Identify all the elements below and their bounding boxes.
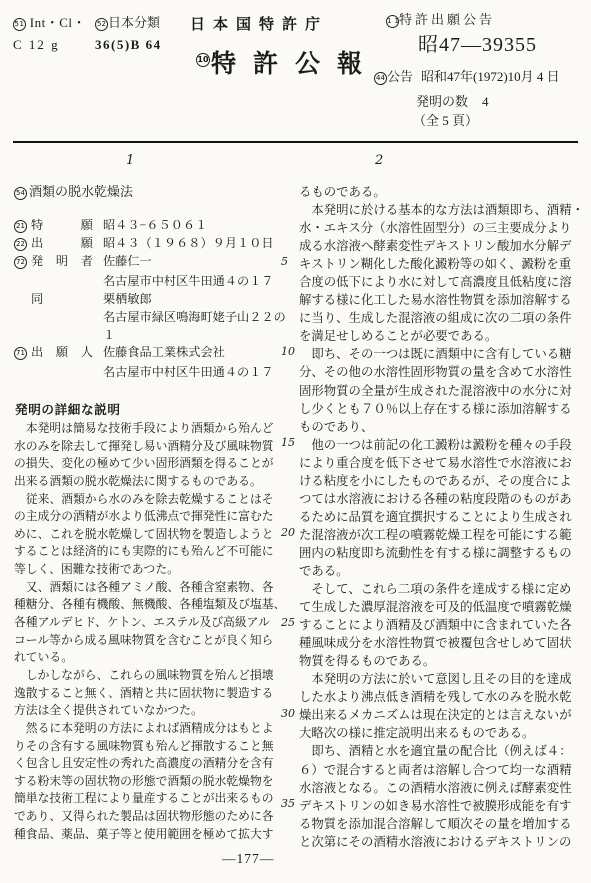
text-line: 成る水溶液へ酵素変性デキストリン酸加水分解デ [299, 237, 587, 255]
text-line: る物質を添加混合溶解して順次その量を増加する [299, 815, 587, 833]
biblio-row: 21 特願 昭４３−６５０６１ [14, 216, 286, 234]
line-number: 15 [281, 436, 295, 449]
text-line: めに、これを脱水乾燥して固状物を製造しようと [14, 526, 286, 544]
invention-title-text: 酒類の脱水乾燥法 [29, 184, 133, 199]
text-line: 燥出来るメカニズムは現在決定的とは言えないが [299, 706, 587, 724]
text-line: 出来る酒類の脱水乾燥法に関するものである。 [14, 473, 286, 491]
invention-title-line: 54酒類の脱水乾燥法 [14, 181, 133, 200]
biblio-value: 佐藤食品工業株式会社 [103, 343, 225, 360]
biblio-code-cell: 22 [14, 236, 31, 251]
detailed-description-heading: 発明の詳細な説明 [15, 399, 121, 418]
biblio-value: 名古屋市中村区牛田通４の１７ [103, 272, 274, 289]
text-line: 又、酒類には各種アミノ酸、各種含窒素物、各 [14, 579, 286, 597]
invention-count-value: 4 [482, 94, 489, 109]
right-column-body: るものである。 本発明に於ける基本的な方法は酒類即ち、酒精・水・エキス分（水溶性… [299, 183, 587, 851]
text-line: を満足せしめることが必要である。 [299, 327, 587, 345]
biblio-row: 名古屋市緑区鳴海町姥子山２２の [14, 307, 286, 325]
line-number-gutter: 5101520253035 [281, 183, 299, 843]
text-line: 種食品、薬品、菓子等と使用範囲を極めて拡大す [14, 826, 286, 844]
text-line: することにより酒精及び酒類中に含まれていた各 [299, 616, 587, 634]
text-line: することは経済的にも実際的にも殆んど不可能に [14, 543, 286, 561]
line-number: 25 [281, 616, 295, 629]
text-line: 簡単な技術工程により量産することが出来るもの [14, 790, 286, 808]
text-line: 水溶液となる。この酒精水溶液に例えば酵素変性 [299, 779, 587, 797]
text-line: の損失、変化の極めて少い固形酒類を得ることが [14, 455, 286, 473]
text-line: 囲内の粘度即ち流動性を有する様に調整するもの [299, 544, 587, 562]
text-line: 他の一つは前記の化工澱粉は澱粉を種々の手段 [299, 436, 587, 454]
text-line: 水・エキス分（水溶性固型分）の三主要成分より [299, 219, 587, 237]
biblio-label: 発明者 [31, 252, 93, 269]
column-number-right: 2 [375, 153, 383, 168]
text-line: である。 [299, 562, 587, 580]
biblio-label: 出願 [31, 234, 93, 251]
biblio-row: 名古屋市中村区牛田通４の１７ [14, 271, 286, 289]
biblio-code-cell: 21 [14, 218, 31, 233]
text-line: 大略次の様に推定説明出来るものである。 [299, 724, 587, 742]
inid-code: 21 [14, 220, 27, 233]
text-line: 合度の低下により水に対して高濃度且低粘度に溶 [299, 273, 587, 291]
publication-date-line: 44公告昭和47年(1972)10月 4 日 [374, 66, 560, 85]
inid-54-code: 54 [14, 187, 27, 200]
text-line: つては水溶液における各種の粘度段階のものがあ [299, 490, 587, 508]
line-number: 20 [281, 526, 295, 539]
inid-44-code: 44 [374, 72, 387, 85]
biblio-row: 同 栗栖敏郎 [14, 289, 286, 307]
text-line: する粉末等の固状物の形態で酒類の脱水乾燥物を [14, 773, 286, 791]
biblio-label: 出願人 [31, 343, 93, 360]
text-line: た混溶液が次工程の噴霧乾燥工程を可能にする範 [299, 526, 587, 544]
bibliographic-block: 21 特願 昭４３−６５０６１ 22 出願 昭４３（１９６８）９月１０日 72 … [14, 216, 286, 380]
publication-label: 公告 [387, 69, 413, 84]
text-line: れている。 [14, 649, 286, 667]
jp-class-value: 36(5)B 64 [95, 37, 162, 53]
jp-class-block: 52日本分類 36(5)B 64 [95, 12, 162, 53]
text-line: 種風味成分を水溶性物質で被覆包含せしめて固状 [299, 634, 587, 652]
inid-11-code: 11 [386, 15, 399, 28]
text-line: て生成した濃厚混溶液を可及的低温度で噴霧乾燥 [299, 598, 587, 616]
biblio-code-cell: 72 [14, 254, 31, 269]
invention-count-label: 発明の数 [416, 94, 468, 109]
text-line: 逸散すること無く、酒精と共に固状物に製造する [14, 685, 286, 703]
text-line: ける粘度を小にしたものであるが、その度合によ [299, 472, 587, 490]
text-line: の主成分の酒精が水より低沸点で揮発性に富むた [14, 508, 286, 526]
text-line: 物質を得るものである。 [299, 652, 587, 670]
text-line: コール等から成る風味物質を含むことが良く知ら [14, 632, 286, 650]
biblio-code-cell [14, 325, 31, 343]
column-number-left: 1 [126, 153, 134, 168]
biblio-code-cell [14, 289, 31, 307]
text-line: 従来、酒類から水のみを除去乾燥することはそ [14, 491, 286, 509]
header-divider-rule [13, 141, 578, 143]
text-line: 然るに本発明の方法によれば酒精成分はもとよ [14, 720, 286, 738]
text-line: 即ち、酒精と水を適宜量の配合比（例えば４： [299, 742, 587, 760]
text-line: く包含し且安定性の秀れた高濃度の酒精分を含有 [14, 755, 286, 773]
biblio-value: 栗栖敏郎 [103, 290, 152, 307]
gazette-title-text: 特許公報 [211, 51, 379, 78]
text-line: により重合度を低下させて易水溶性で水溶液にお [299, 454, 587, 472]
text-line: し少くとも７０％以上存在する様に添加溶解する [299, 400, 587, 418]
biblio-code-cell [14, 271, 31, 289]
text-line: るものである。 [299, 183, 587, 201]
jp-class-label: 日本分類 [108, 15, 160, 30]
line-number: 30 [281, 707, 295, 720]
biblio-value: 佐藤仁一 [103, 252, 152, 269]
jp-class-label-line: 52日本分類 [95, 12, 162, 31]
int-cl-label-line: 51 Int・Cl・ [13, 12, 86, 31]
text-line: しかしながら、これらの風味物質を殆んど損壊 [14, 667, 286, 685]
biblio-row: 名古屋市中村区牛田通４の１７ [14, 362, 286, 380]
biblio-value: 名古屋市中村区牛田通４の１７ [103, 363, 274, 380]
invention-count-line: 発明の数4 [416, 91, 489, 110]
int-cl-label: Int・Cl・ [30, 15, 86, 30]
biblio-row: 71 出願人 佐藤食品工業株式会社 [14, 343, 286, 361]
inid-code: 22 [14, 238, 27, 251]
text-line: りその含有する風味物質も殆んど揮散すること無 [14, 738, 286, 756]
biblio-label: 特願 [31, 216, 93, 233]
kokoku-label-line: 11特許出願公告 [386, 9, 495, 28]
biblio-code-cell: 71 [14, 345, 31, 360]
text-line: キストリン糊化した酸化澱粉等の如く、澱粉を重 [299, 255, 587, 273]
int-cl-block: 51 Int・Cl・ C 12 g [13, 12, 86, 53]
biblio-value: １ [103, 326, 115, 343]
text-line: 本発明に於ける基本的な方法は酒類即ち、酒精・ [299, 201, 587, 219]
inid-10-code: 10 [196, 53, 210, 67]
text-line: 本発明は簡易な技術手段により酒類から殆んど [14, 420, 286, 438]
text-line: 種糖分、各種有機酸、無機酸、各種塩類及び塩基、 [14, 596, 286, 614]
total-pages: （全 5 頁） [413, 110, 478, 129]
text-line: 等しく、困難な技術であつた。 [14, 561, 286, 579]
text-line: ものであり、 [299, 418, 587, 436]
left-column-body: 本発明は簡易な技術手段により酒類から殆んど水のみを除去して揮発し易い酒精分及び風… [14, 420, 286, 843]
inid-code: 71 [14, 347, 27, 360]
gazette-title: 10特許公報 [196, 44, 379, 80]
kokoku-label: 特許出願公告 [399, 12, 495, 27]
text-line: ６）で混合すると両者は溶解し合つて均一な酒精 [299, 761, 587, 779]
line-number: 5 [281, 255, 288, 268]
biblio-value: 昭４３−６５０６１ [103, 216, 207, 233]
text-line: 固形物質の全量が生成された混溶液中の水分に対 [299, 382, 587, 400]
text-line: 各種アルデヒド、ケトン、エステル及び高級アル [14, 614, 286, 632]
biblio-code-cell [14, 307, 31, 325]
text-line: るために品質を適宜撰択することにより生成され [299, 508, 587, 526]
publication-date: 昭和47年(1972)10月 4 日 [421, 69, 560, 84]
inid-52-code: 52 [95, 18, 108, 31]
inid-51-code: 51 [13, 18, 26, 31]
text-line: と次第にその酒精水溶液におけるデキストリンの [299, 833, 587, 851]
int-cl-value: C 12 g [13, 37, 86, 53]
biblio-row: 22 出願 昭４３（１９６８）９月１０日 [14, 234, 286, 252]
text-line: 水のみを除去して揮発し易い酒精分及び風味物質 [14, 438, 286, 456]
biblio-label: 同 [31, 290, 93, 307]
text-line: 解する様に化工した易水溶性物質を添加溶解する [299, 291, 587, 309]
biblio-value: 昭４３（１９６８）９月１０日 [103, 234, 274, 251]
biblio-code-cell [14, 362, 31, 380]
page-number: —177— [222, 851, 274, 867]
inid-code: 72 [14, 256, 27, 269]
text-line: 本発明の方法に於いて意図し且その目的を達成 [299, 670, 587, 688]
text-line: 分、その他の水溶性固形物質の量を含めて水溶性 [299, 363, 587, 381]
text-line: であり、又得られた製品は固状物形態のために各 [14, 808, 286, 826]
line-number: 10 [281, 345, 295, 358]
text-line: 方法は全く提供されていなかつた。 [14, 702, 286, 720]
text-line: した水より沸点低き酒精を残して水のみを脱水乾 [299, 688, 587, 706]
biblio-row: １ [14, 325, 286, 343]
patent-office-name: 日本国特許庁 [190, 13, 328, 34]
line-number: 35 [281, 797, 295, 810]
biblio-value: 名古屋市緑区鳴海町姥子山２２の [103, 308, 286, 325]
biblio-row: 72 発明者 佐藤仁一 [14, 252, 286, 270]
text-line: に当り、生成した混溶液の組成に次の二項の条件 [299, 309, 587, 327]
patent-gazette-page: 51 Int・Cl・ C 12 g 52日本分類 36(5)B 64 日本国特許… [0, 0, 591, 883]
text-line: そして、これら二項の条件を達成する様に定め [299, 580, 587, 598]
text-line: デキストリンの如き易水溶性で被膜形成能を有す [299, 797, 587, 815]
publication-number: 昭47—39355 [418, 28, 537, 57]
text-line: 即ち、その一つは既に酒類中に含有している糖 [299, 345, 587, 363]
